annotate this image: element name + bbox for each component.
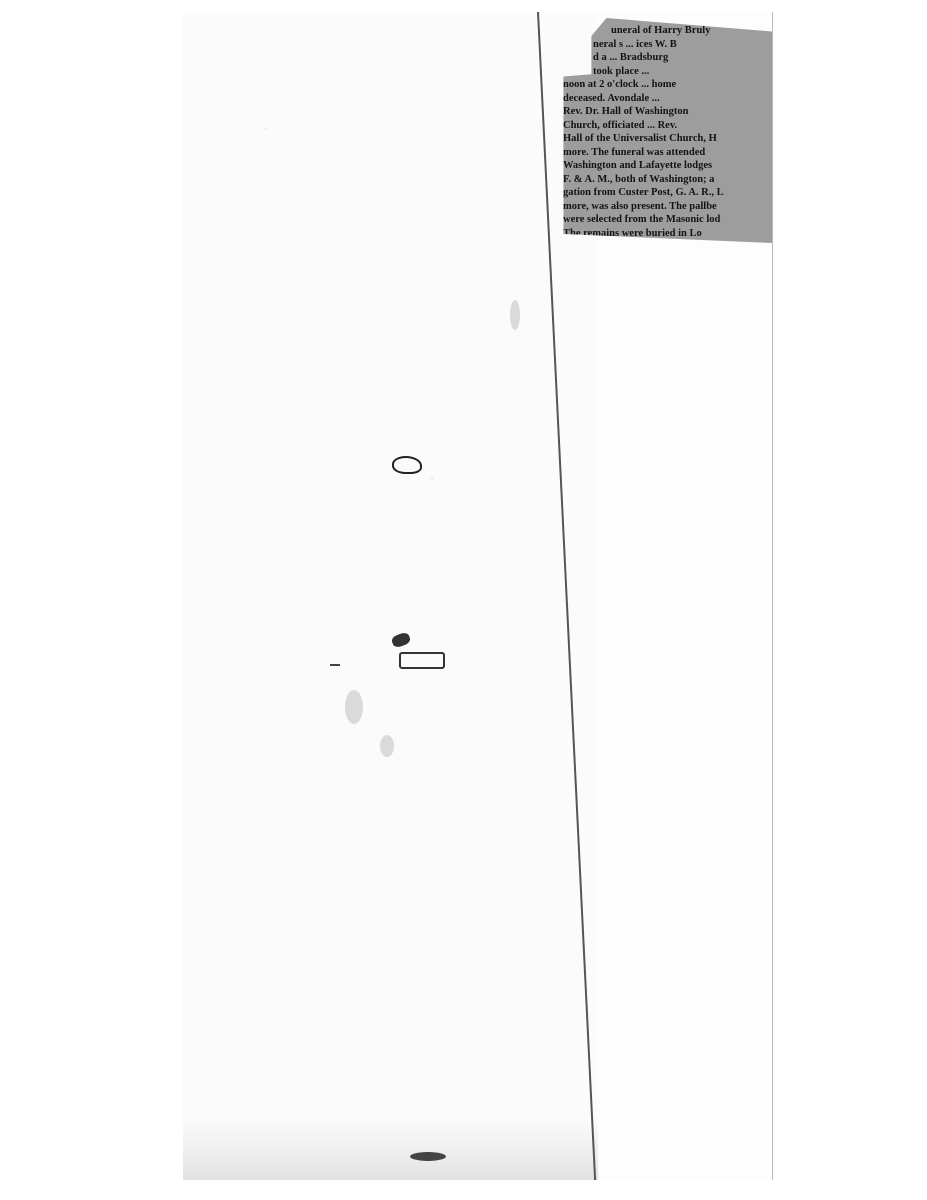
clipping-line: more. The funeral was attended: [563, 146, 770, 160]
clipping-line: Rev. Dr. Hall of Washington: [563, 105, 770, 119]
left-blank-panel: [183, 12, 598, 1180]
clipping-line: Washington and Lafayette lodges: [563, 159, 770, 173]
clipping-line: noon at 2 o'clock ... home: [563, 78, 770, 92]
clipping-line: gation from Custer Post, G. A. R., L: [563, 186, 770, 200]
clipping-line: deceased. Avondale ...: [563, 92, 770, 106]
clipping-line: took place ...: [563, 65, 770, 79]
smudge: [345, 690, 363, 724]
ink-blot-mark: [392, 456, 422, 474]
clipping-line: Hall of the Universalist Church, H: [563, 132, 770, 146]
clipping-line: Church, officiated ... Rev.: [563, 119, 770, 133]
ink-smear-mark: [410, 1152, 446, 1161]
dash-mark: [330, 664, 340, 666]
clipping-line: more, was also present. The pallbe: [563, 200, 770, 214]
smudge: [380, 735, 394, 757]
page-right-edge: [772, 12, 773, 1180]
clipping-line: were selected from the Masonic lod: [563, 213, 770, 227]
clipping-line: d a ... Bradsburg: [563, 51, 770, 65]
clipping-line: neral s ... ices W. B: [563, 38, 770, 52]
clipping-line: F. & A. M., both of Washington; a: [563, 173, 770, 187]
handwritten-fragment: [399, 652, 445, 669]
smudge: [510, 300, 520, 330]
